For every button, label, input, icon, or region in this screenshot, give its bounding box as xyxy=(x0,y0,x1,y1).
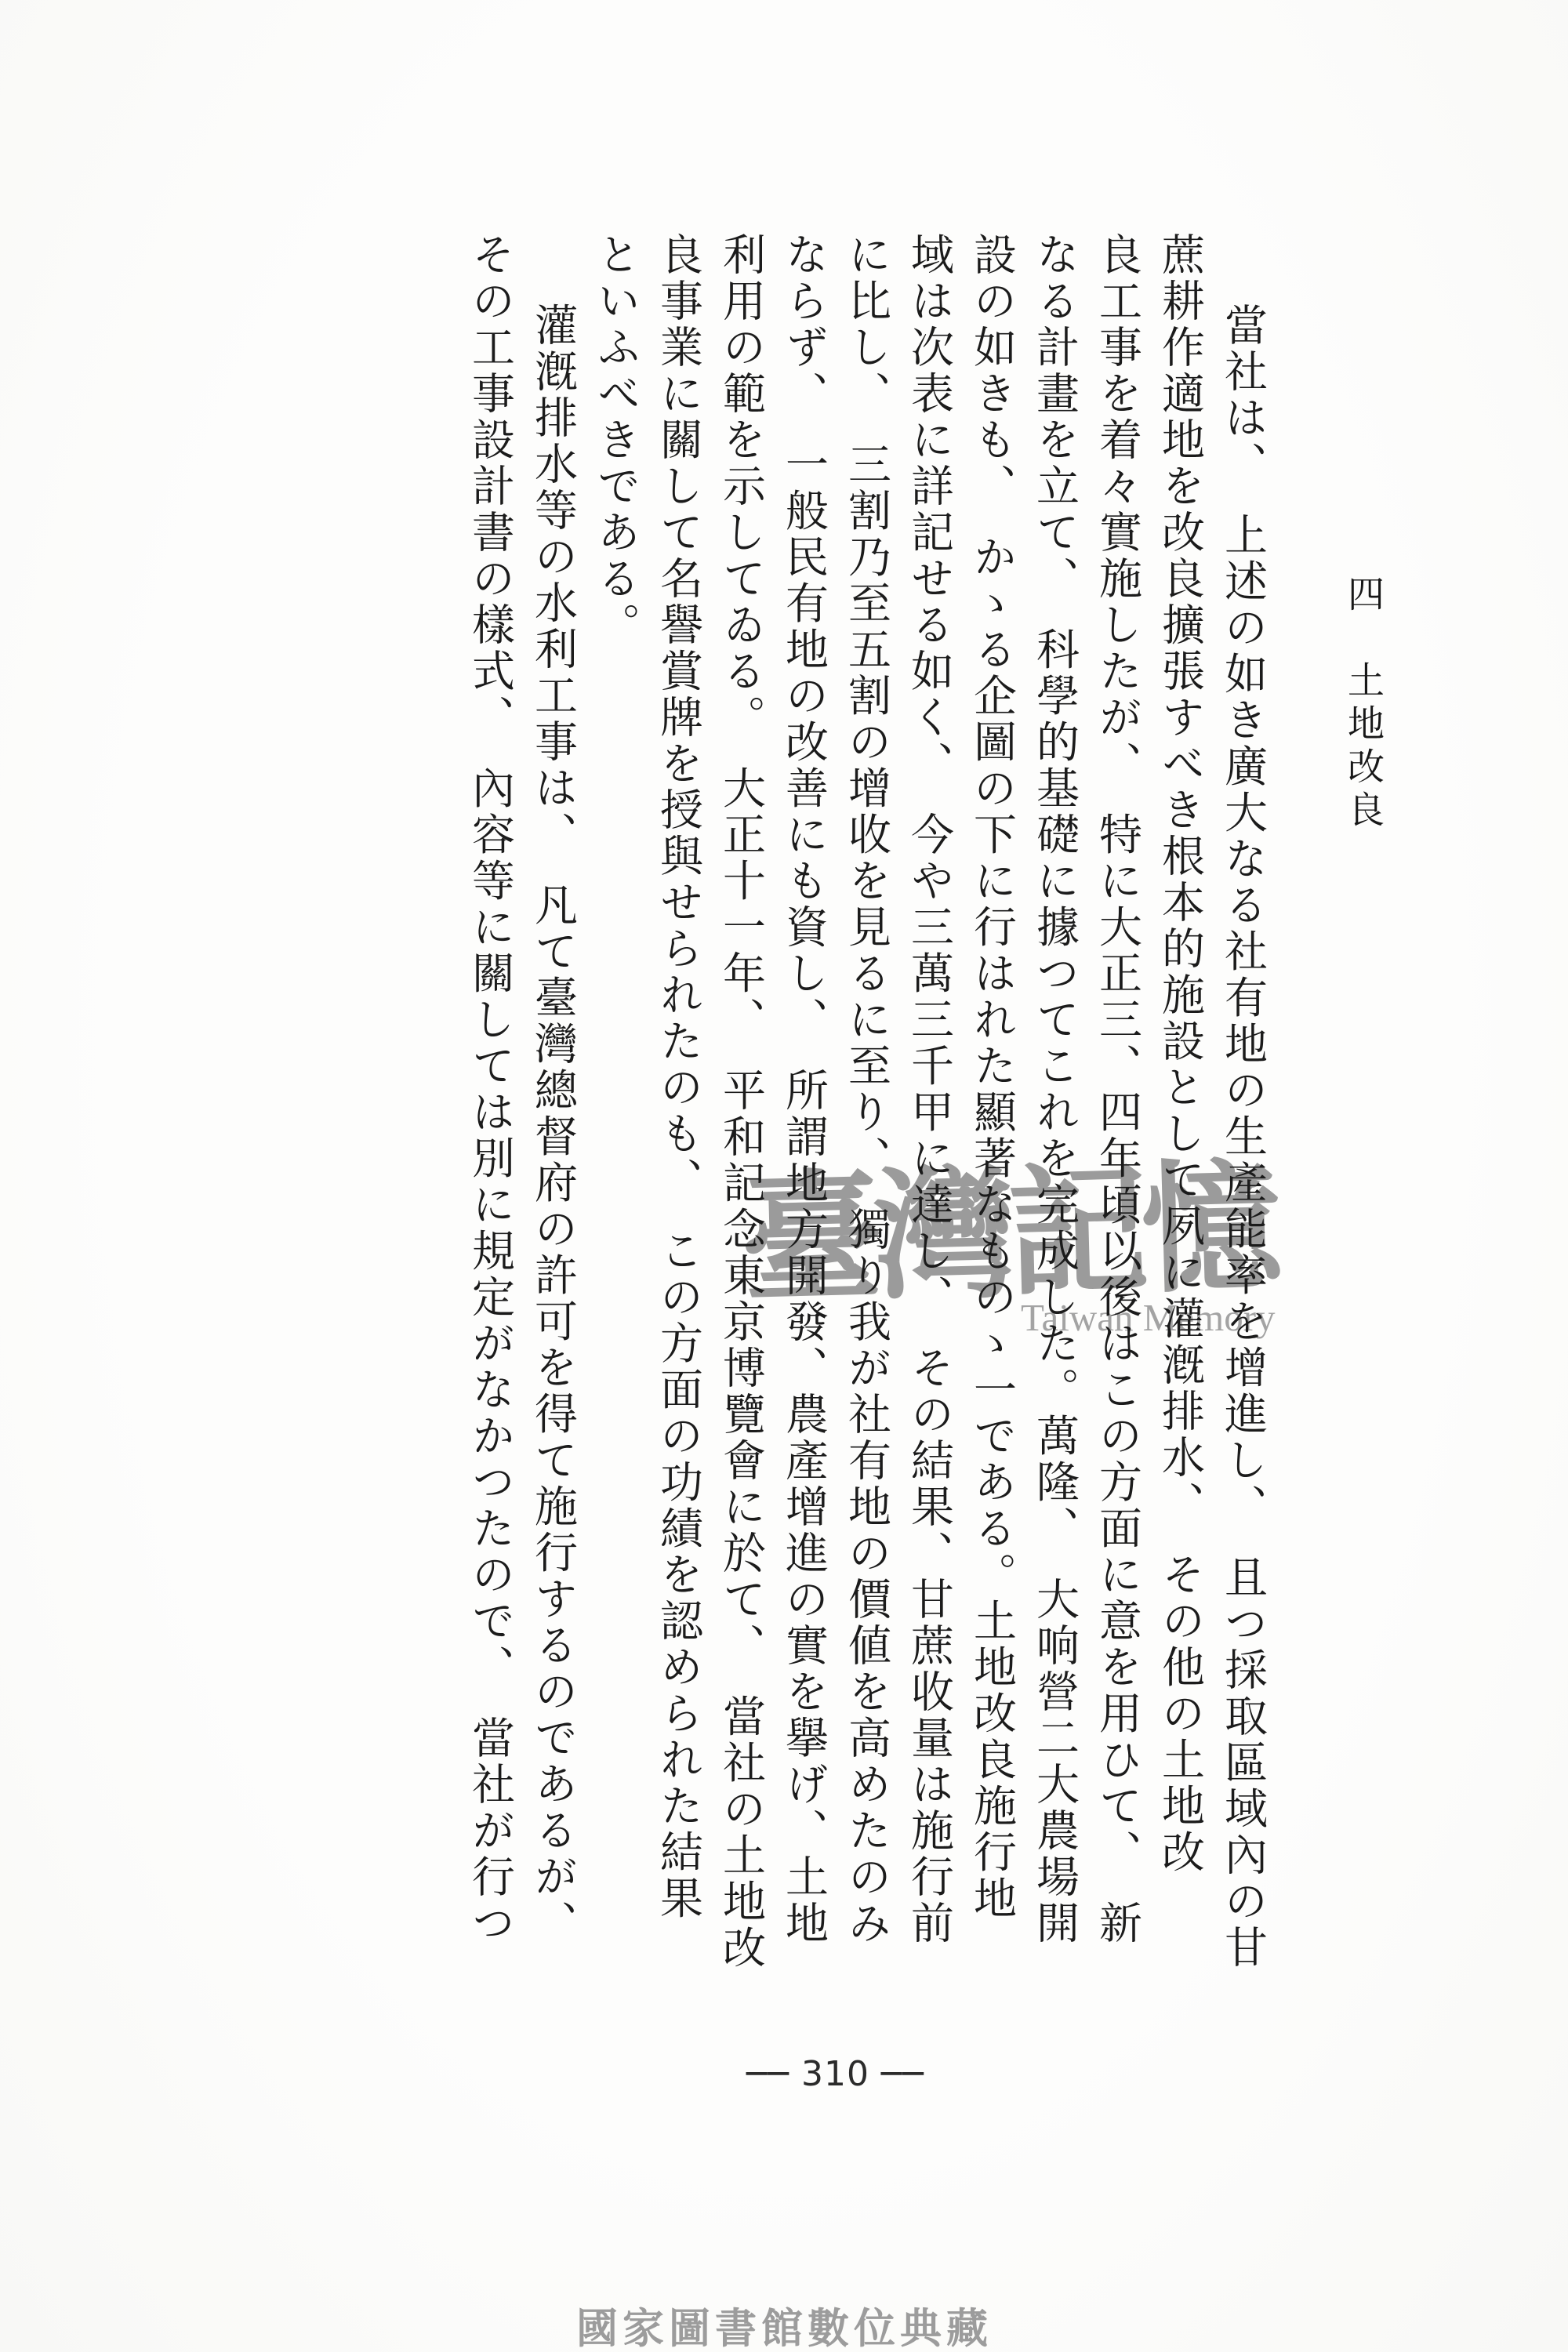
text-column: その工事設計書の樣式、 內容等に關しては別に規定がなかつたので、 當社が行つ xyxy=(468,232,511,2082)
printed-text-layer: 四 土地改良 當社は、 上述の如き廣大なる社有地の生產能率を增進し、 且つ採取區… xyxy=(0,0,1568,2352)
text-column: 蔗耕作適地を改良擴張すべき根本的施設として夙に灌漑排水、 その他の土地改 xyxy=(1158,232,1201,2082)
section-header: 四 土地改良 xyxy=(1337,575,1389,833)
text-column: といふべきである。 xyxy=(593,232,637,2082)
text-column: ならず、 一般民有地の改善にも資し、 所謂地方開發、農產增進の實を擧げ、土地 xyxy=(782,232,825,2082)
scanned-book-page: 臺灣記憶 Taiwan Memory 四 土地改良 當社は、 上述の如き廣大なる… xyxy=(0,0,1568,2352)
library-banner: 國家圖書館數位典藏 xyxy=(576,2296,993,2352)
text-column: 當社は、 上述の如き廣大なる社有地の生產能率を增進し、 且つ採取區域內の甘 xyxy=(1221,232,1264,2082)
text-column: 良工事を着々實施したが、 特に大正三、四年頃以後はこの方面に意を用ひて、 新 xyxy=(1095,232,1138,2082)
text-column: なる計畫を立て、 科學的基礎に據つてこれを完成した。萬隆、 大响營二大農場開 xyxy=(1033,232,1076,2082)
text-column: に比し、 三割乃至五割の增收を見るに至り、 獨り我が社有地の價値を高めたのみ xyxy=(844,232,887,2082)
text-column: 利用の範を示してゐる。 大正十一年、 平和記念東京博覽會に於て、 當社の土地改 xyxy=(719,232,762,2082)
text-column: 設の如きも、 かゝる企圖の下に行はれた顯著なものゝ一である。土地改良施行地 xyxy=(970,232,1013,2082)
text-column: 灌漑排水等の水利工事は、 凡て臺灣總督府の許可を得て施行するのであるが、 xyxy=(531,232,574,2082)
text-column: 良事業に關して名譽賞牌を授與せられたのも、 この方面の功績を認められた結果 xyxy=(656,232,699,2082)
text-column: 域は次表に詳記せる如く、 今や三萬三千甲に達し、 その結果、甘蔗收量は施行前 xyxy=(907,232,950,2082)
body-text: 當社は、 上述の如き廣大なる社有地の生產能率を增進し、 且つ採取區域內の甘 蔗耕… xyxy=(448,232,1283,2082)
page-number: ── 310 ── xyxy=(746,2054,924,2094)
